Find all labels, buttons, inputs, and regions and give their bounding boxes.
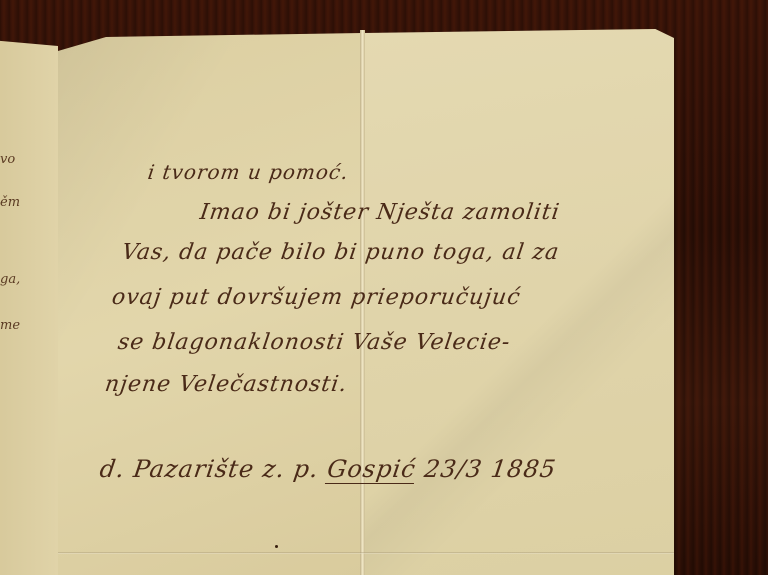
signature-place: Gospić [325, 455, 417, 484]
letter-line-2: Imao bi jošter Nješta zamoliti [198, 200, 561, 225]
margin-fragment: me [0, 318, 20, 333]
margin-fragment: vo [0, 152, 15, 167]
signature-prefix: d. Pazarište z. p. [98, 455, 321, 483]
letter-line-5: se blagonaklonosti Vaše Velecie- [116, 330, 512, 355]
margin-fragment: ga, [0, 272, 20, 287]
letter-line-3: Vas, da pače bilo bi puno toga, al za [120, 240, 561, 265]
signature-line: d. Pazarište z. p. Gospić 23/3 1885 [98, 455, 558, 483]
letter-line-6: njene Velečastnosti. [103, 372, 349, 397]
letter-line-4: ovaj put dovršujem prieporučujuć [110, 285, 522, 310]
letter-line-1: i tvorom u pomoć. [146, 160, 350, 184]
ink-spot [275, 545, 278, 548]
letter-page-far-left [0, 40, 58, 575]
margin-fragment: ěm [0, 195, 20, 210]
paper-fold-horizontal [58, 552, 674, 554]
signature-date: 23/3 1885 [423, 455, 559, 483]
